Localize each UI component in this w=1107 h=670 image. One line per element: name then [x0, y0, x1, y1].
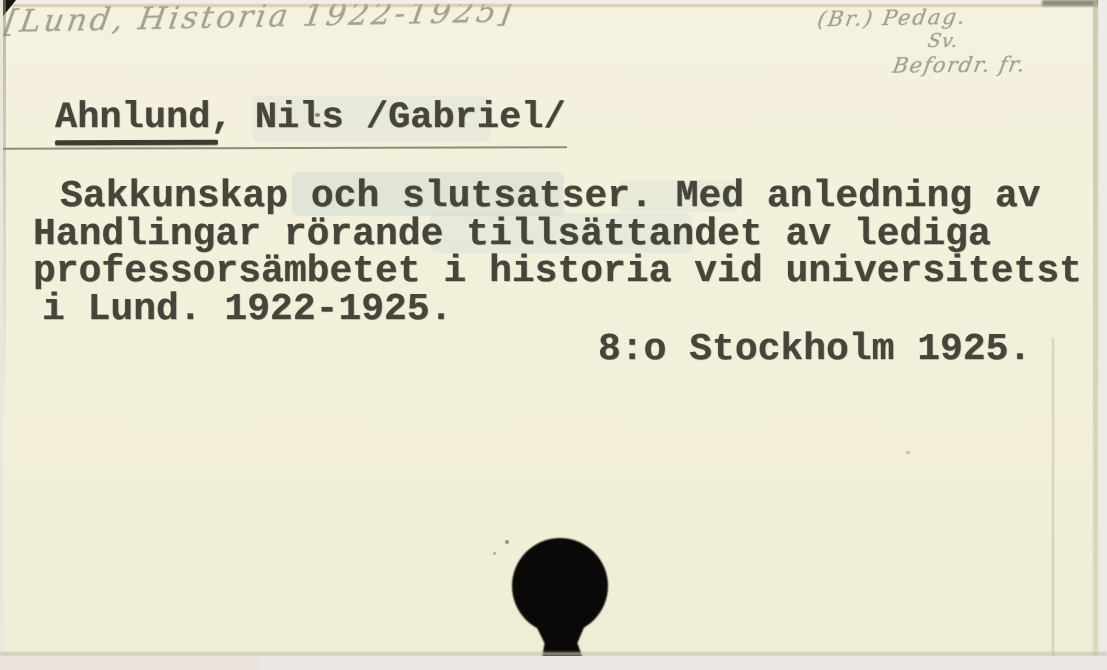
card-right-edge: [1093, 0, 1098, 670]
title-text-line: Sakkunskap och slutsatser. Med anledning…: [60, 178, 1041, 216]
card-bottom-edge: [0, 652, 1107, 656]
catalog-card: [Lund, Historia 1922-1925] (Br.) Pedag. …: [0, 0, 1107, 670]
paper-speck: [505, 540, 509, 544]
hole-punch-slot: [529, 614, 591, 670]
ink-speck: [315, 113, 320, 117]
card-crease: [1052, 338, 1054, 656]
scan-bottom-margin: [0, 656, 1107, 670]
corner-mark-top-right: [1097, 0, 1107, 11]
card-top-edge-shadow: [1042, 0, 1107, 6]
title-text-line: professorsämbetet i historia vid univers…: [33, 253, 1082, 291]
handwritten-classification-line-1: (Br.) Pedag.: [816, 5, 969, 32]
handwritten-classification-line-3: Befordr. fr.: [891, 52, 1028, 77]
heading-rule-line: [0, 146, 567, 149]
scan-left-margin: [0, 0, 3, 670]
paper-speck: [906, 451, 910, 454]
surname-underline: [55, 140, 218, 146]
card-left-edge: [3, 0, 6, 420]
title-text-line: Handlingar rörande tillsättandet av ledi…: [33, 216, 991, 254]
scan-right-margin: [1098, 0, 1107, 670]
handwritten-classification-line-2: Sv.: [926, 30, 960, 52]
author-surname: Ahnlund: [55, 97, 210, 139]
title-text-line: i Lund. 1922-1925.: [42, 291, 452, 329]
author-heading: Ahnlund, Nils /Gabriel/: [55, 100, 566, 137]
handwritten-subject-annotation: [Lund, Historia 1922-1925]: [2, 0, 517, 40]
author-forenames: , Nils /Gabriel/: [210, 97, 565, 139]
paper-speck: [493, 552, 496, 555]
scan-bottom-margin-tint: [0, 656, 260, 670]
imprint-line: 8:o Stockholm 1925.: [598, 331, 1031, 369]
hole-punch-circle: [512, 538, 608, 634]
